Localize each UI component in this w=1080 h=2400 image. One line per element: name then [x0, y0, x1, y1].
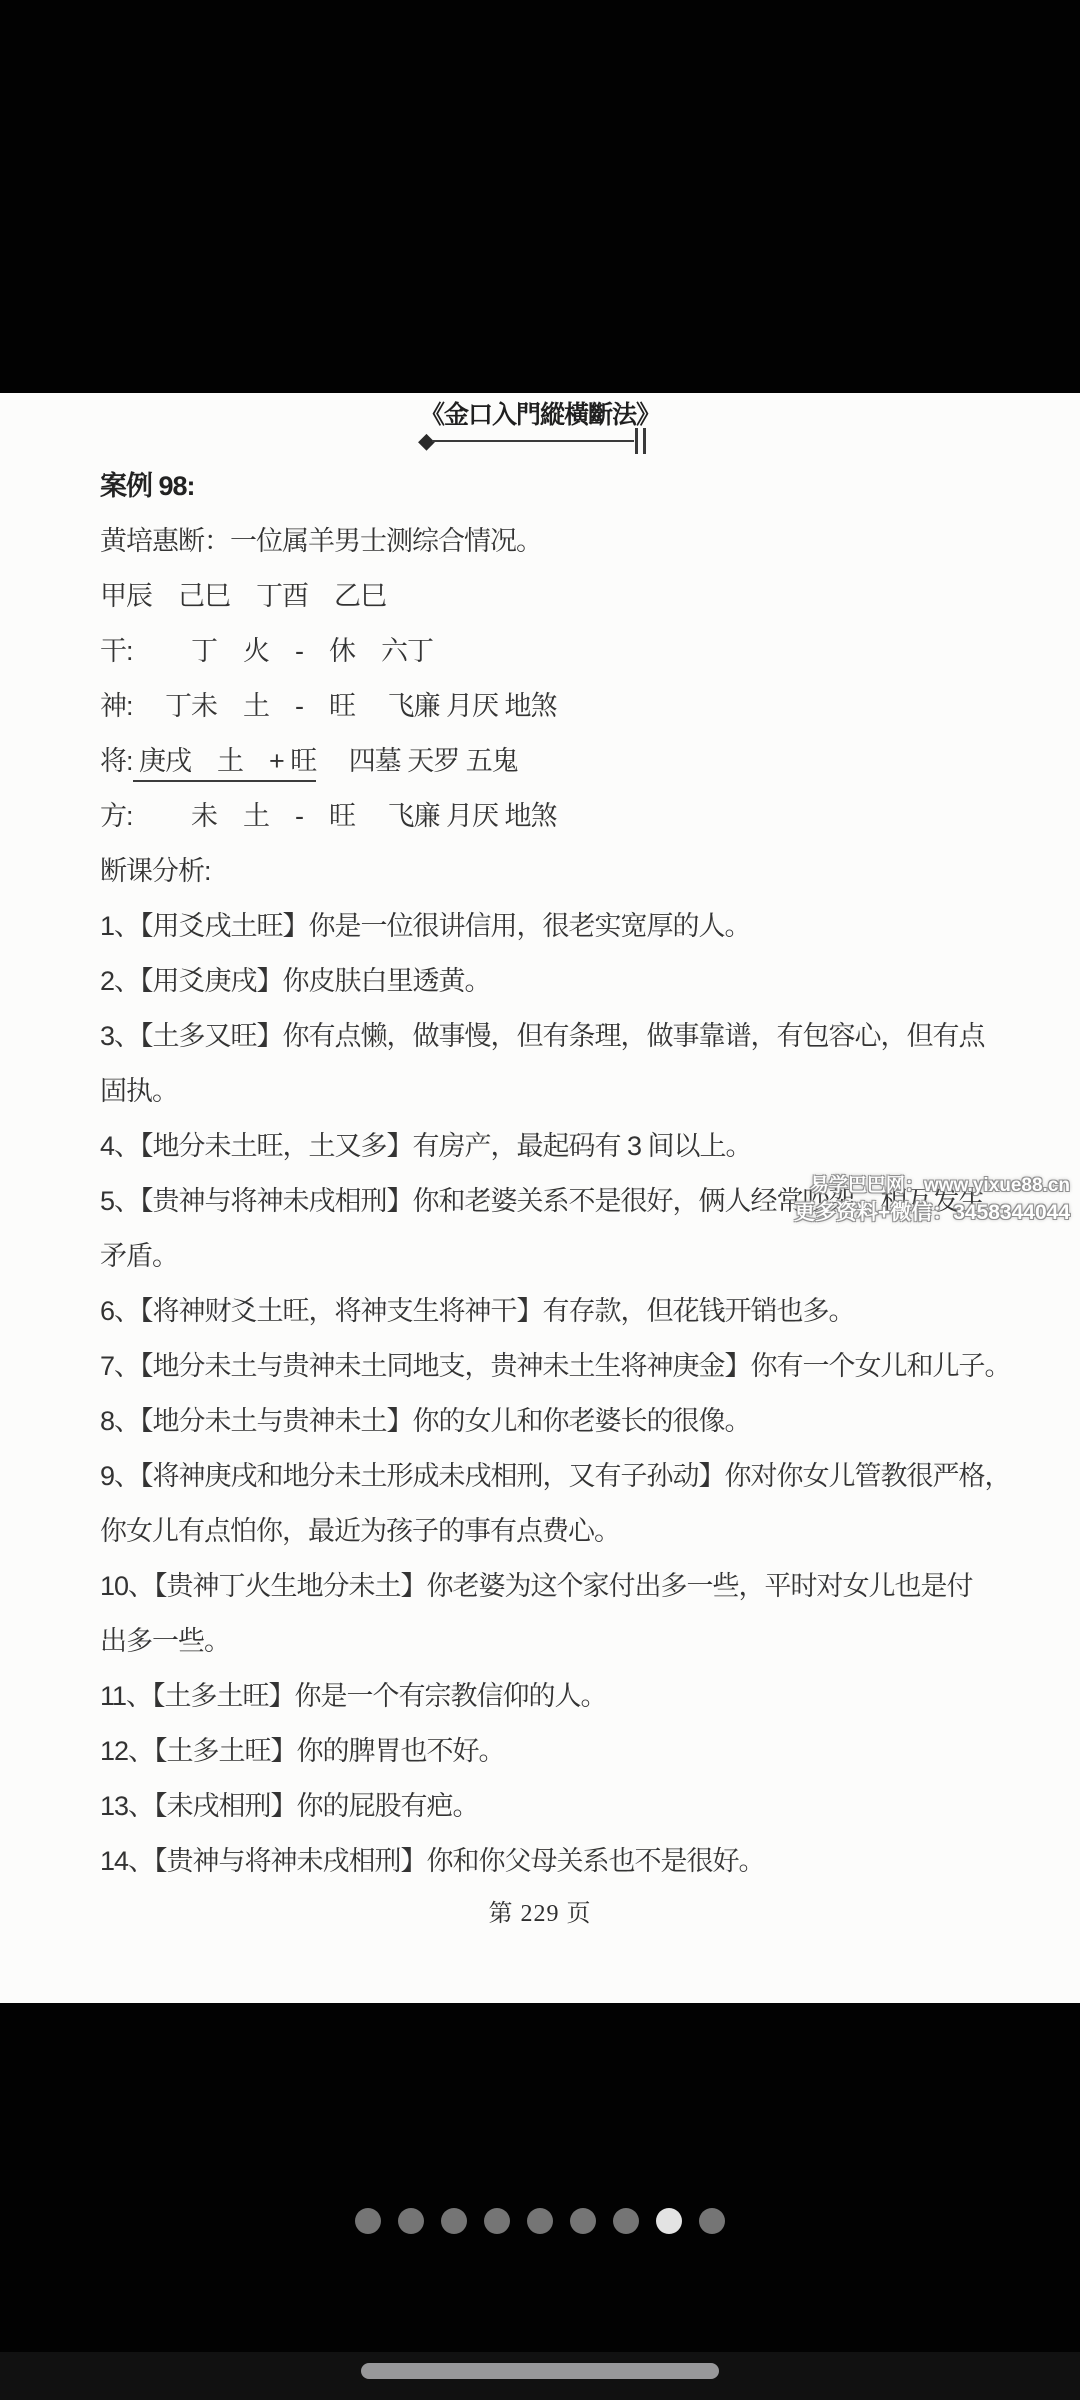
jiang-label: 将: [100, 746, 133, 776]
watermark-line1: 易学巴巴网：www.yixue88.cn [794, 1172, 1070, 1199]
document-page: 《金口入門縱橫斷法》 ◆ 案例 98: 黄培惠断：一位属羊男士测综合情况。 甲辰… [0, 393, 1080, 2003]
page-dot[interactable] [613, 2208, 639, 2234]
analysis-line: 3、【土多又旺】你有点懒，做事慢，但有条理，做事靠谱，有包容心，但有点 [100, 1009, 1040, 1064]
analysis-line: 7、【地分未土与贵神未土同地支，贵神未土生将神庚金】你有一个女儿和儿子。 [100, 1339, 1040, 1394]
case-title: 案例 98: [100, 459, 1040, 514]
page-dot[interactable] [699, 2208, 725, 2234]
jiang-underlined-segment: 庚戌 土 + 旺 [133, 746, 317, 782]
page-dot[interactable] [527, 2208, 553, 2234]
analysis-line: 出多一些。 [100, 1614, 1040, 1669]
phone-screen: 《金口入門縱橫斷法》 ◆ 案例 98: 黄培惠断：一位属羊男士测综合情况。 甲辰… [0, 0, 1080, 2400]
pillars-line: 甲辰 己巳 丁酉 乙巳 [100, 569, 1040, 624]
analysis-line: 12、【土多土旺】你的脾胃也不好。 [100, 1724, 1040, 1779]
ornament-end-bars-icon [635, 428, 646, 454]
intro-line: 黄培惠断：一位属羊男士测综合情况。 [100, 514, 1040, 569]
analysis-line: 固执。 [100, 1064, 1040, 1119]
watermark: 易学巴巴网：www.yixue88.cn 更多资料+微信：3458344044 [794, 1172, 1070, 1226]
title-ornament: ◆ [0, 428, 1072, 454]
analysis-line: 4、【地分未土旺，土又多】有房产，最起码有 3 间以上。 [100, 1119, 1040, 1174]
jiang-rest: 四墓 天罗 五鬼 [316, 746, 518, 776]
page-dot[interactable] [570, 2208, 596, 2234]
watermark-line2: 更多资料+微信：3458344044 [794, 1199, 1070, 1226]
analysis-line: 9、【将神庚戌和地分未土形成未戌相刑，又有子孙动】你对你女儿管教很严格， [100, 1449, 1040, 1504]
analysis-line: 13、【未戌相刑】你的屁股有疤。 [100, 1779, 1040, 1834]
page-number: 第 229 页 [0, 1893, 1080, 1928]
row-gan: 干: 丁 火 - 休 六丁 [100, 624, 1040, 679]
analysis-line: 11、【土多土旺】你是一个有宗教信仰的人。 [100, 1669, 1040, 1724]
analysis-line: 14、【贵神与将神未戌相刑】你和你父母关系也不是很好。 [100, 1834, 1040, 1889]
ornament-line [432, 440, 634, 442]
analysis-line: 8、【地分未土与贵神未土】你的女儿和你老婆长的很像。 [100, 1394, 1040, 1449]
analysis-line: 你女儿有点怕你，最近为孩子的事有点费心。 [100, 1504, 1040, 1559]
analysis-line: 2、【用爻庚戌】你皮肤白里透黄。 [100, 954, 1040, 1009]
row-jiang: 将: 庚戌 土 + 旺 四墓 天罗 五鬼 [100, 734, 1040, 789]
page-dot[interactable] [484, 2208, 510, 2234]
document-header: 《金口入門縱橫斷法》 ◆ [0, 393, 1080, 459]
row-shen: 神: 丁未 土 - 旺 飞廉 月厌 地煞 [100, 679, 1040, 734]
page-dot[interactable] [398, 2208, 424, 2234]
row-fang: 方: 未 土 - 旺 飞廉 月厌 地煞 [100, 789, 1040, 844]
analysis-line: 6、【将神财爻土旺，将神支生将神干】有存款，但花钱开销也多。 [100, 1284, 1040, 1339]
page-indicator[interactable] [0, 2208, 1080, 2234]
analysis-line: 矛盾。 [100, 1229, 1040, 1284]
analysis-line: 10、【贵神丁火生地分未土】你老婆为这个家付出多一些，平时对女儿也是付 [100, 1559, 1040, 1614]
page-dot-active[interactable] [656, 2208, 682, 2234]
analysis-line: 1、【用爻戌土旺】你是一位很讲信用，很老实宽厚的人。 [100, 899, 1040, 954]
home-indicator[interactable] [361, 2363, 719, 2379]
page-dot[interactable] [441, 2208, 467, 2234]
analysis-list: 1、【用爻戌土旺】你是一位很讲信用，很老实宽厚的人。 2、【用爻庚戌】你皮肤白里… [100, 899, 1040, 1889]
analysis-heading: 断课分析: [100, 844, 1040, 899]
page-dot[interactable] [355, 2208, 381, 2234]
top-letterbox [0, 0, 1080, 393]
